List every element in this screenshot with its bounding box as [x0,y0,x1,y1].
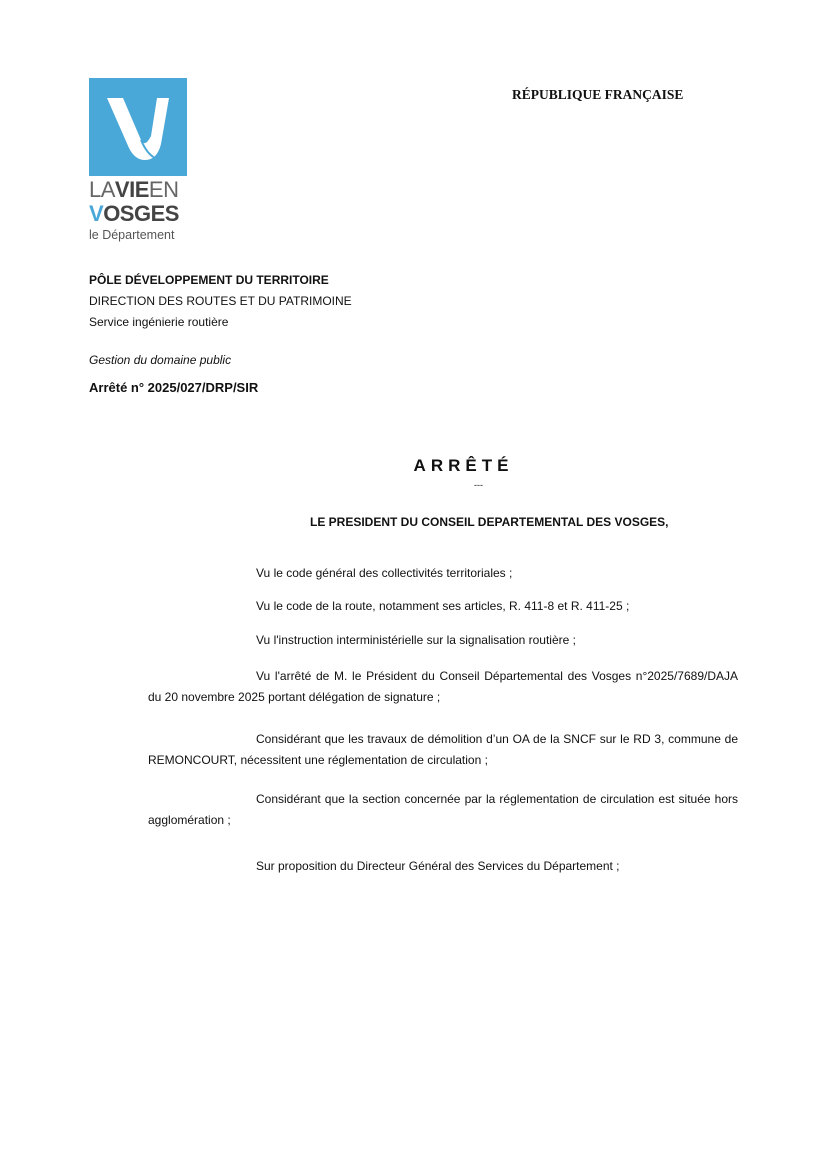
gestion-subject: Gestion du domaine public [89,353,231,367]
service-name: Service ingénierie routière [89,315,228,329]
title-separator: --- [0,480,827,490]
logo-text-la-vie-en: LAVIEEN [89,178,187,202]
logo-word-en: EN [149,177,179,202]
logo-word-osges: OSGES [103,201,179,226]
document-title: ARRÊTÉ [0,456,827,476]
visa-paragraph: Vu le code de la route, notamment ses ar… [148,596,738,617]
considerant-paragraph: Considérant que la section concernée par… [148,789,738,831]
visa-paragraph: Vu l'instruction interministérielle sur … [148,630,738,651]
logo-letter-v: V [89,201,103,226]
direction-name: DIRECTION DES ROUTES ET DU PATRIMOINE [89,294,352,308]
logo-text-vosges: VOSGES [89,202,187,226]
logo-word-vie: VIE [115,177,149,202]
visa-paragraph: Vu le code général des collectivités ter… [148,563,738,584]
republique-francaise-heading: RÉPUBLIQUE FRANÇAISE [512,87,683,103]
arrete-number: Arrêté n° 2025/027/DRP/SIR [89,381,258,395]
president-heading: LE PRESIDENT DU CONSEIL DEPARTEMENTAL DE… [310,515,669,529]
visa-paragraph: Vu l'arrêté de M. le Président du Consei… [148,666,738,708]
logo-text-departement: le Département [89,227,187,243]
considerant-paragraph: Considérant que les travaux de démolitio… [148,729,738,771]
logo-word-la: LA [89,177,115,202]
pole-name: PÔLE DÉVELOPPEMENT DU TERRITOIRE [89,273,329,287]
v-letter-logo-icon [89,78,187,176]
proposition-paragraph: Sur proposition du Directeur Général des… [148,856,738,877]
department-logo: LAVIEEN VOSGES le Département [89,78,187,243]
